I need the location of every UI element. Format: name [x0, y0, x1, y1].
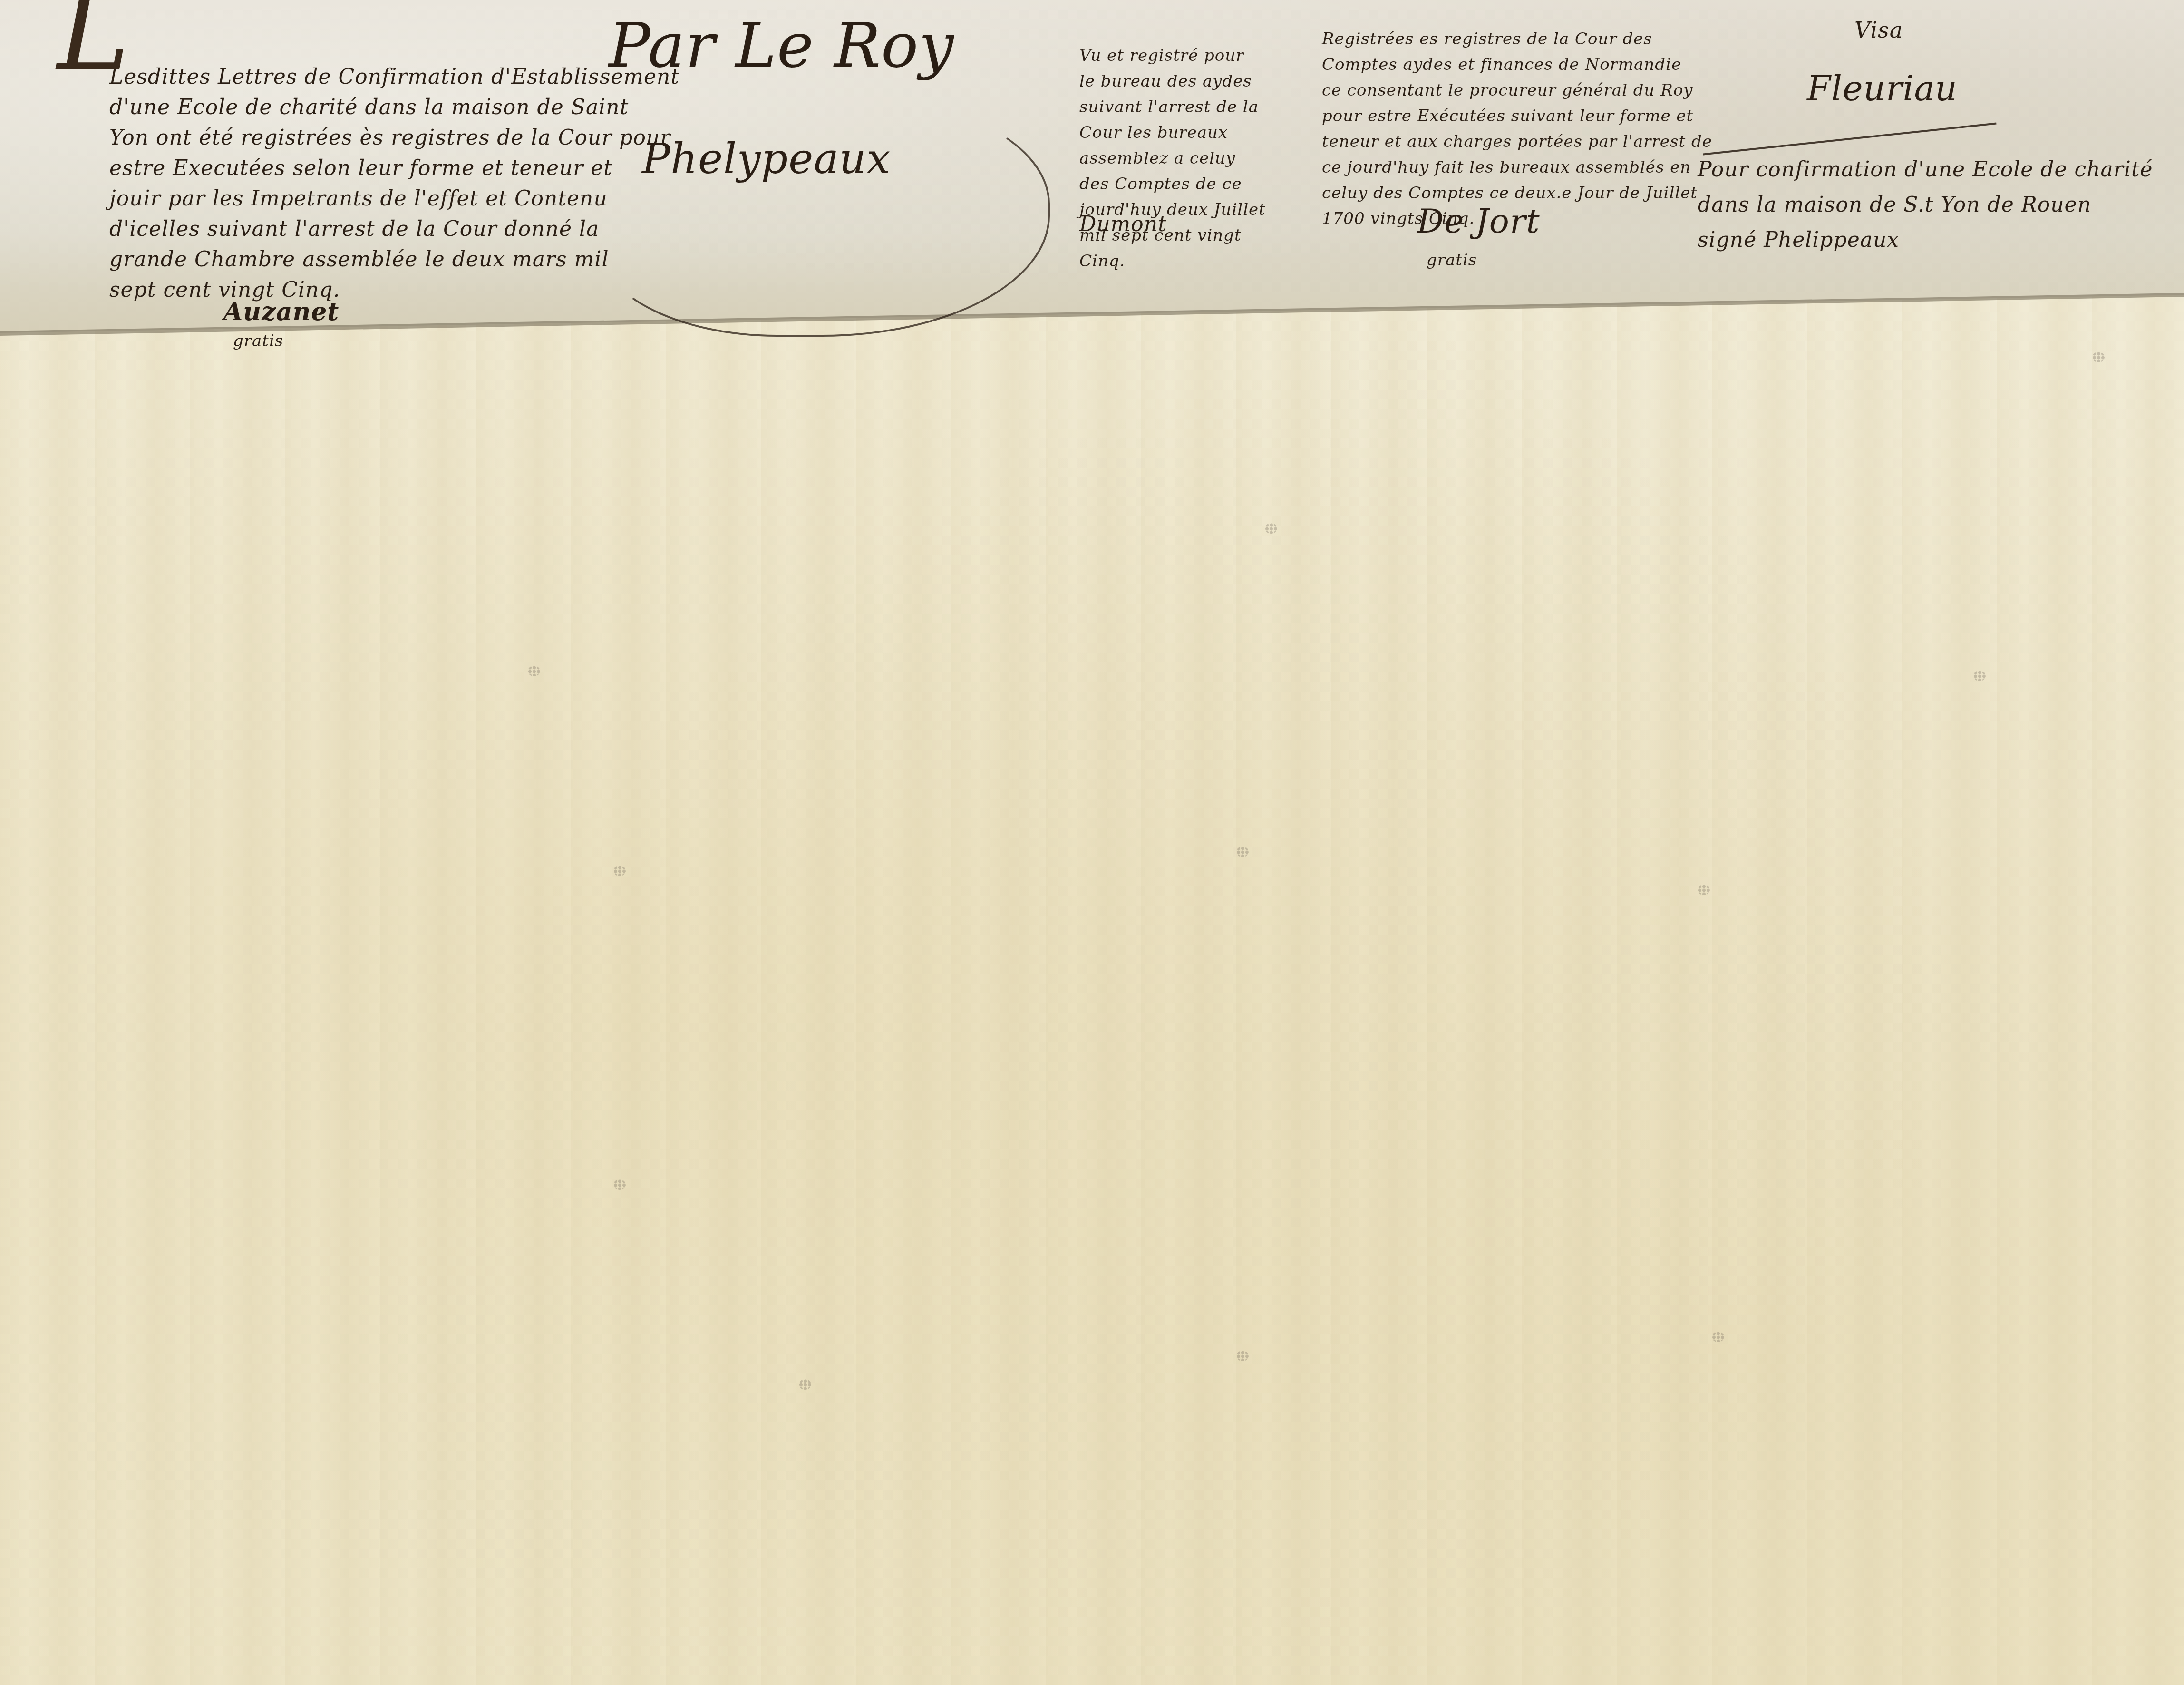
- text-line: dans la maison de S.t Yon de Rouen: [1698, 187, 2153, 223]
- ink-speck: [1236, 1351, 1249, 1361]
- signature-fleuriau: Fleuriau: [1807, 71, 1958, 106]
- text-line: assemblez a celuy: [1079, 146, 1266, 171]
- signature-de-jort: De Jort: [1417, 205, 1540, 238]
- text-line: le bureau des aydes: [1079, 68, 1266, 94]
- text-line: jouir par les Impetrants de l'effet et C…: [109, 184, 679, 214]
- text-line: Lesdittes Lettres de Confirmation d'Esta…: [109, 62, 679, 92]
- text-line: sept cent vingt Cinq.: [109, 275, 679, 305]
- text-line: suivant l'arrest de la: [1079, 94, 1266, 120]
- signature-auzanet: Auzanet: [223, 300, 339, 324]
- text-line: ce jourd'huy fait les bureaux assemblés …: [1322, 155, 1712, 180]
- signature-phelypeaux: Phelypeaux: [642, 138, 891, 180]
- text-line: d'une Ecole de charité dans la maison de…: [109, 92, 679, 123]
- text-line: Registrées es registres de la Cour des: [1322, 26, 1712, 52]
- ink-speck: [1265, 523, 1277, 534]
- visa-label: Visa: [1854, 19, 1903, 41]
- parlement-registration: L Lesdittes Lettres de Confirmation d'Es…: [109, 62, 679, 305]
- decorative-initial: L: [57, 17, 130, 47]
- signature-flourish: [594, 95, 1050, 337]
- text-line: Comptes aydes et finances de Normandie: [1322, 52, 1712, 78]
- text-line: signé Phelippeaux: [1698, 223, 2153, 258]
- ink-speck: [1973, 671, 1986, 681]
- text-line: grande Chambre assemblée le deux mars mi…: [109, 244, 679, 275]
- ink-speck: [1712, 1332, 1724, 1342]
- comptes-registration: Registrées es registres de la Cour des C…: [1322, 26, 1712, 232]
- text-line: Pour confirmation d'une Ecole de charité: [1698, 152, 2153, 187]
- text-line: des Comptes de ce: [1079, 171, 1266, 197]
- text-line: Yon ont été registrées ès registres de l…: [109, 123, 679, 153]
- gratis-note: gratis: [1427, 252, 1477, 268]
- text-line: Cinq.: [1079, 248, 1266, 274]
- gratis-note: gratis: [233, 333, 283, 349]
- ink-speck: [799, 1379, 811, 1390]
- bureau-registration: Vu et registré pour le bureau des aydes …: [1079, 43, 1266, 274]
- text-line: ce consentant le procureur général du Ro…: [1322, 78, 1712, 103]
- ink-speck: [528, 666, 540, 676]
- signature-dumont: Dumont: [1079, 214, 1167, 235]
- ink-speck: [613, 1179, 626, 1190]
- text-line: pour estre Exécutées suivant leur forme …: [1322, 103, 1712, 129]
- ink-speck: [2092, 352, 2105, 362]
- par-le-roy-heading: Par Le Roy: [609, 14, 954, 76]
- text-line: Cour les bureaux: [1079, 120, 1266, 146]
- text-line: Vu et registré pour: [1079, 43, 1266, 68]
- ink-speck: [1236, 847, 1249, 857]
- text-line: estre Executées selon leur forme et tene…: [109, 153, 679, 184]
- visa-summary: Pour confirmation d'une Ecole de charité…: [1698, 152, 2153, 258]
- ink-speck: [613, 866, 626, 876]
- ink-speck: [1698, 885, 1710, 895]
- text-line: teneur et aux charges portées par l'arre…: [1322, 129, 1712, 155]
